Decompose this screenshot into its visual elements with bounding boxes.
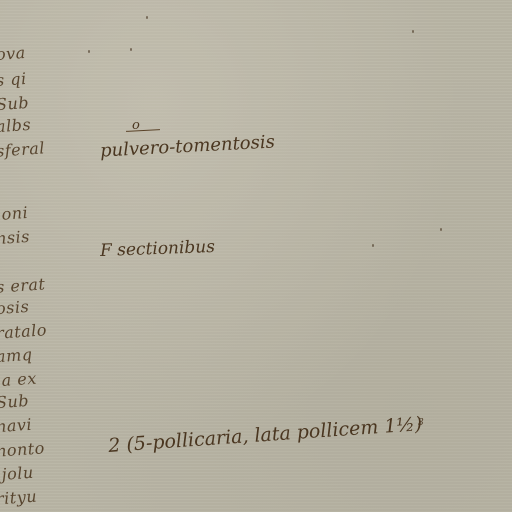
margin-fragment: ioni [0,203,29,224]
margin-fragment: s qi [0,69,27,90]
entry-2-text: sectionibus [117,237,215,260]
margin-fragment: rityu [0,487,38,509]
entry-2-mark: F [100,241,112,261]
margin-fragment: s erat [0,274,46,296]
entry-3-mark: 2 [108,434,122,457]
margin-fragment: sferal [0,138,46,160]
margin-fragment: ratalo [0,320,48,343]
margin-fragment: Sub [0,93,30,114]
entry-2: F sectionibus [100,237,216,261]
left-margin-text-column: ova s qi Sub albs sferal ioni nsis s era… [0,0,80,512]
paper-speck [88,50,90,53]
paper-speck [130,48,132,51]
entry-3: 2 (5-pollicaria, lata pollicem 1½) [108,413,423,457]
paper-speck [412,30,414,33]
entry-3-superscript: 3 [418,418,424,428]
entry-3-text: (5-pollicaria, lata pollicem 1½) [126,413,423,456]
paper-speck [146,16,148,19]
margin-fragment: ova [0,43,26,64]
margin-fragment: Sub [0,391,30,412]
margin-fragment: nonto [0,438,45,460]
paper-speck [372,244,374,247]
manuscript-page: ova s qi Sub albs sferal ioni nsis s era… [0,0,512,512]
margin-fragment: osis [0,297,30,318]
margin-fragment: ijolu [0,463,34,485]
margin-fragment: nsis [0,227,30,248]
margin-fragment: albs [0,115,32,136]
margin-fragment: la ex [0,369,37,391]
paper-speck [440,228,442,231]
margin-fragment: amq [0,345,33,366]
margin-fragment: navi [0,415,33,436]
entry-1-text: pulvero-tomentosis [100,131,276,161]
